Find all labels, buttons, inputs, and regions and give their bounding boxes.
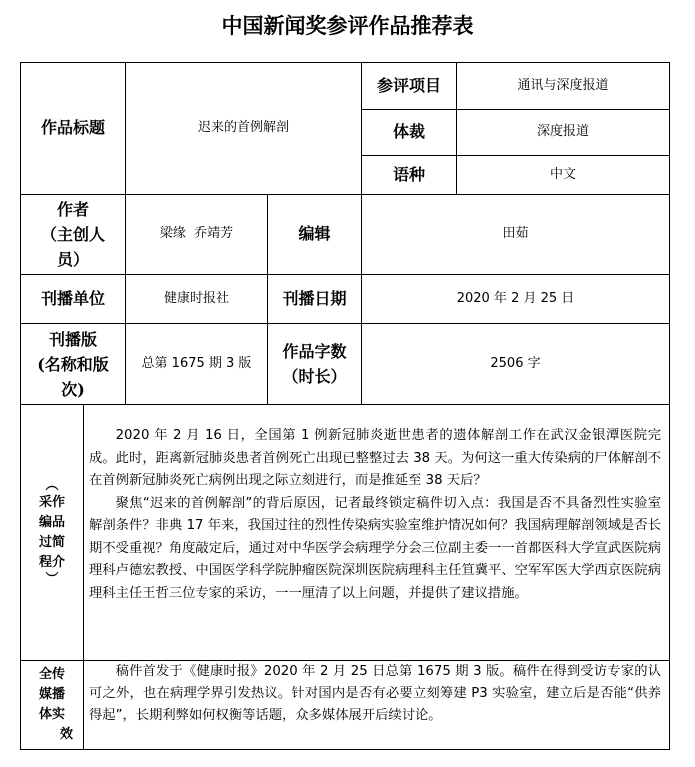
edition-label-line2: (名称和版 (37, 352, 109, 377)
category-value-text: 通讯与深度报道 (517, 77, 608, 95)
word-count-label: 作品字数 （时长） (267, 323, 362, 405)
effect-paragraph: 稿件首发于《健康时报》2020 年 2 月 25 日总第 1675 期 3 版。… (89, 661, 661, 727)
author-label-line1: 作者 (57, 197, 89, 222)
category-label-text: 参评项目 (377, 75, 441, 97)
process-label: ︵ 采作 编品 过简 程介 ︶ (20, 404, 84, 661)
process-label-line3: 过简 (39, 533, 65, 553)
language-value-text: 中文 (550, 166, 576, 184)
publisher-value: 健康时报社 (125, 274, 268, 324)
editor-label: 编辑 (267, 194, 362, 275)
publish-date-label: 刊播日期 (267, 274, 362, 324)
edition-value: 总第 1675 期 3 版 (125, 323, 268, 405)
publisher-label-text: 刊播单位 (41, 288, 105, 310)
work-title-value: 迟来的首例解剖 (125, 62, 362, 195)
process-paragraph-2: 聚焦“迟来的首例解剖”的背后原因，记者最终锁定稿件切入点：我国是否不具备烈性实验… (89, 493, 661, 606)
effect-label-line2: 媒播 (39, 685, 65, 705)
author-value-text: 梁缘 乔靖芳 (160, 225, 233, 243)
publish-date-value-text: 2020 年 2 月 25 日 (457, 290, 575, 308)
effect-label: 全传 媒播 体实 效 (20, 660, 84, 750)
editor-value-text: 田茹 (502, 225, 528, 243)
genre-value-text: 深度报道 (537, 123, 589, 141)
language-value: 中文 (456, 155, 670, 195)
process-description: 2020 年 2 月 16 日，全国第 1 例新冠肺炎逝世患者的遗体解剖工作在武… (83, 404, 670, 661)
language-label-text: 语种 (393, 164, 425, 186)
effect-description: 稿件首发于《健康时报》2020 年 2 月 25 日总第 1675 期 3 版。… (83, 660, 670, 750)
genre-value: 深度报道 (456, 109, 670, 156)
page-title: 中国新闻奖参评作品推荐表 (0, 10, 695, 40)
publisher-label: 刊播单位 (20, 274, 126, 324)
language-label: 语种 (361, 155, 457, 195)
process-label-close-paren: ︶ (45, 573, 58, 587)
author-label-line3: 员） (57, 247, 89, 272)
word-count-value-text: 2506 字 (490, 355, 540, 373)
publish-date-value: 2020 年 2 月 25 日 (361, 274, 670, 324)
editor-label-text: 编辑 (298, 223, 330, 245)
work-title-label: 作品标题 (20, 62, 126, 195)
word-count-label-line2: （时长） (282, 364, 346, 389)
genre-label-text: 体裁 (393, 121, 425, 143)
work-title-value-text: 迟来的首例解剖 (198, 119, 289, 137)
edition-value-text: 总第 1675 期 3 版 (142, 355, 252, 373)
work-title-label-text: 作品标题 (41, 117, 105, 139)
publish-date-label-text: 刊播日期 (282, 288, 346, 310)
effect-label-line3: 体实 (39, 705, 65, 725)
author-value: 梁缘 乔靖芳 (125, 194, 268, 275)
edition-label: 刊播版 (名称和版 次) (20, 323, 126, 405)
word-count-value: 2506 字 (361, 323, 670, 405)
editor-value: 田茹 (361, 194, 670, 275)
process-label-line2: 编品 (39, 513, 65, 533)
edition-label-line1: 刊播版 (49, 327, 97, 352)
author-label-line2: （主创人 (41, 222, 105, 247)
process-label-line4: 程介 (39, 553, 65, 573)
process-label-open-paren: ︵ (45, 479, 58, 493)
effect-label-line4: 效 (60, 725, 83, 745)
word-count-label-line1: 作品字数 (282, 339, 346, 364)
process-paragraph-1: 2020 年 2 月 16 日，全国第 1 例新冠肺炎逝世患者的遗体解剖工作在武… (89, 425, 661, 493)
effect-label-line1: 全传 (39, 665, 65, 685)
genre-label: 体裁 (361, 109, 457, 156)
category-label: 参评项目 (361, 62, 457, 110)
edition-label-line3: 次) (61, 377, 85, 402)
category-value: 通讯与深度报道 (456, 62, 670, 110)
process-label-line1: 采作 (39, 493, 65, 513)
publisher-value-text: 健康时报社 (164, 290, 229, 308)
author-label: 作者 （主创人 员） (20, 194, 126, 275)
